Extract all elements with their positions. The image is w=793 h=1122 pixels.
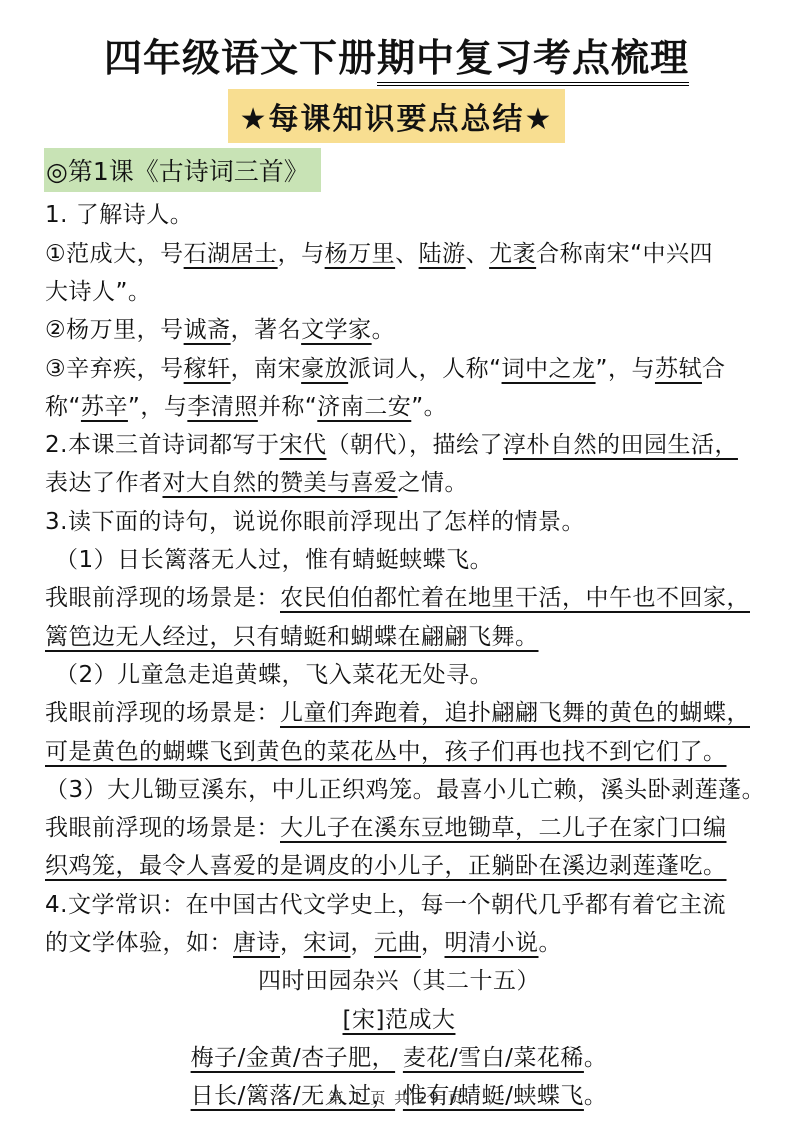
underlined-text: 宋代 [279,432,326,458]
text-segment: ， [421,930,445,956]
text-segment: 派词人，人称“ [348,356,501,382]
text-segment: 我眼前浮现的场景是： [45,815,280,841]
text-segment: 的文学体验，如： [45,930,233,956]
text-segment: 、 [395,241,419,267]
text-segment [395,1045,403,1071]
text-line: 可是黄色的蝴蝶飞到黄色的菜花丛中，孩子们再也找不到它们了。 [45,733,753,771]
title-text: 四年级语文下册 [104,36,377,80]
text-segment: 1. 了解诗人。 [45,202,193,228]
text-segment: （3）大儿锄豆溪东，中儿正织鸡笼。最喜小儿亡赖，溪头卧剥莲蓬。 [45,777,765,803]
text-segment: 。 [372,317,396,343]
text-line: 称“苏辛”，与李清照并称“济南二安”。 [45,388,753,426]
text-segment: ③辛弃疾，号 [45,356,184,382]
underlined-text: 对大自然的赞美与喜爱 [163,470,398,496]
text-line: ①范成大，号石湖居士，与杨万里、陆游、尤袤合称南宋“中兴四 [45,235,753,273]
underlined-text: 稼轩 [184,356,231,382]
text-line: 我眼前浮现的场景是：农民伯伯都忙着在地里干活，中午也不回家， [45,579,753,617]
text-segment: ，著名 [231,317,302,343]
underlined-text: 唐诗 [233,930,280,956]
title-underlined-text: 期中复习考点梳理 [377,36,689,86]
underlined-text: 篱笆边无人经过，只有蜻蜓和蝴蝶在翩翩飞舞。 [45,624,539,650]
underlined-text: 可是黄色的蝴蝶飞到黄色的菜花丛中，孩子们再也找不到它们了。 [45,739,727,765]
text-segment: 合 [702,356,726,382]
text-segment: ①范成大，号 [45,241,184,267]
text-segment: 我眼前浮现的场景是： [45,585,280,611]
text-line: 我眼前浮现的场景是：儿童们奔跑着，追扑翩翩飞舞的黄色的蝴蝶， [45,694,753,732]
text-segment: 表达了作者 [45,470,163,496]
text-line: 织鸡笼，最令人喜爱的是调皮的小儿子，正躺卧在溪边剥莲蓬吃。 [45,847,753,885]
underlined-text: 淳朴自然的田园生活， [503,432,738,458]
text-line: 3.读下面的诗句，说说你眼前浮现出了怎样的情景。 [45,503,753,541]
text-segment: ”。 [411,394,447,420]
text-line: 大诗人”。 [45,273,753,311]
underlined-text: 织鸡笼，最令人喜爱的是调皮的小儿子，正躺卧在溪边剥莲蓬吃。 [45,853,727,879]
text-segment: 3.读下面的诗句，说说你眼前浮现出了怎样的情景。 [45,509,585,535]
text-segment: ， [351,930,375,956]
text-line: 篱笆边无人经过，只有蜻蜓和蝴蝶在翩翩飞舞。 [45,618,753,656]
underlined-text: 豪放 [301,356,348,382]
text-line: 4.文学常识：在中国古代文学史上，每一个朝代几乎都有着它主流 [45,886,753,924]
underlined-text: 苏轼 [655,356,702,382]
text-segment: ②杨万里，号 [45,317,184,343]
underlined-text: 苏辛 [81,394,128,420]
underlined-text: 梅子/金黄/杏子肥， [191,1045,396,1071]
text-line: 四时田园杂兴（其二十五） [45,962,753,1000]
section-row: ◎第1课《古诗词三首》 [0,148,793,192]
underlined-text: 宋词 [304,930,351,956]
text-line: ②杨万里，号诚斋，著名文学家。 [45,311,753,349]
underlined-text: 词中之龙 [502,356,596,382]
text-line: 2.本课三首诗词都写于宋代（朝代），描绘了淳朴自然的田园生活， [45,426,753,464]
underlined-text: 农民伯伯都忙着在地里干活，中午也不回家， [280,585,750,611]
underlined-text: 尤袤 [489,241,536,267]
text-segment: 。 [539,930,563,956]
text-segment: ”，与 [128,394,187,420]
text-segment: 2.本课三首诗词都写于 [45,432,279,458]
text-line: ③辛弃疾，号稼轩，南宋豪放派词人，人称“词中之龙”，与苏轼合 [45,350,753,388]
text-segment: 、 [466,241,490,267]
text-line: （1）日长篱落无人过，惟有蜻蜓蛱蝶飞。 [45,541,753,579]
text-segment: （朝代），描绘了 [326,432,503,458]
body-content: 1. 了解诗人。①范成大，号石湖居士，与杨万里、陆游、尤袤合称南宋“中兴四大诗人… [0,192,793,1115]
subtitle-row: ★每课知识要点总结★ [0,89,793,143]
text-segment: ，南宋 [231,356,302,382]
text-line: （2）儿童急走追黄蝶，飞入菜花无处寻。 [45,656,753,694]
underlined-text: 济南二安 [317,394,411,420]
text-line: 的文学体验，如：唐诗，宋词，元曲，明清小说。 [45,924,753,962]
underlined-text: 李清照 [187,394,258,420]
text-line: 表达了作者对大自然的赞美与喜爱之情。 [45,464,753,502]
text-line: 梅子/金黄/杏子肥， 麦花/雪白/菜花稀。 [45,1039,753,1077]
text-segment: ”，与 [596,356,655,382]
document-page: 四年级语文下册期中复习考点梳理 ★每课知识要点总结★ ◎第1课《古诗词三首》 1… [0,0,793,1122]
underlined-text: 麦花/雪白/菜花稀 [403,1045,584,1071]
text-segment: （1）日长篱落无人过，惟有蜻蜓蛱蝶飞。 [55,547,493,573]
text-segment: 四时田园杂兴（其二十五） [258,968,540,994]
lesson-section-heading: ◎第1课《古诗词三首》 [44,148,321,192]
page-number: 第 1 页 共 29 页 [0,1087,793,1108]
text-segment: 4.文学常识：在中国古代文学史上，每一个朝代几乎都有着它主流 [45,892,726,918]
underlined-text: 石湖居士 [184,241,278,267]
text-segment: 合称南宋“中兴四 [536,241,713,267]
text-segment: 大诗人”。 [45,279,151,305]
text-segment: 并称“ [258,394,317,420]
text-line: 1. 了解诗人。 [45,196,753,234]
underlined-text: 明清小说 [445,930,539,956]
subtitle-highlight: ★每课知识要点总结★ [228,89,566,143]
text-line: 我眼前浮现的场景是：大儿子在溪东豆地锄草，二儿子在家门口编 [45,809,753,847]
underlined-text: 大儿子在溪东豆地锄草，二儿子在家门口编 [280,815,727,841]
underlined-text: 陆游 [419,241,466,267]
text-segment: 。 [584,1045,608,1071]
underlined-text: 儿童们奔跑着，追扑翩翩飞舞的黄色的蝴蝶， [280,700,750,726]
text-segment: 称“ [45,394,81,420]
underlined-text: 文学家 [301,317,372,343]
text-segment: 之情。 [398,470,469,496]
underlined-text: 元曲 [374,930,421,956]
underlined-text: 诚斋 [184,317,231,343]
underlined-text: [宋]范成大 [343,1007,456,1033]
text-segment: （2）儿童急走追黄蝶，飞入菜花无处寻。 [55,662,493,688]
text-segment: 我眼前浮现的场景是： [45,700,280,726]
text-segment: ， [280,930,304,956]
page-title: 四年级语文下册期中复习考点梳理 [0,0,793,83]
text-line: （3）大儿锄豆溪东，中儿正织鸡笼。最喜小儿亡赖，溪头卧剥莲蓬。 [45,771,753,809]
underlined-text: 杨万里 [325,241,396,267]
text-segment: ，与 [278,241,325,267]
text-line: [宋]范成大 [45,1001,753,1039]
